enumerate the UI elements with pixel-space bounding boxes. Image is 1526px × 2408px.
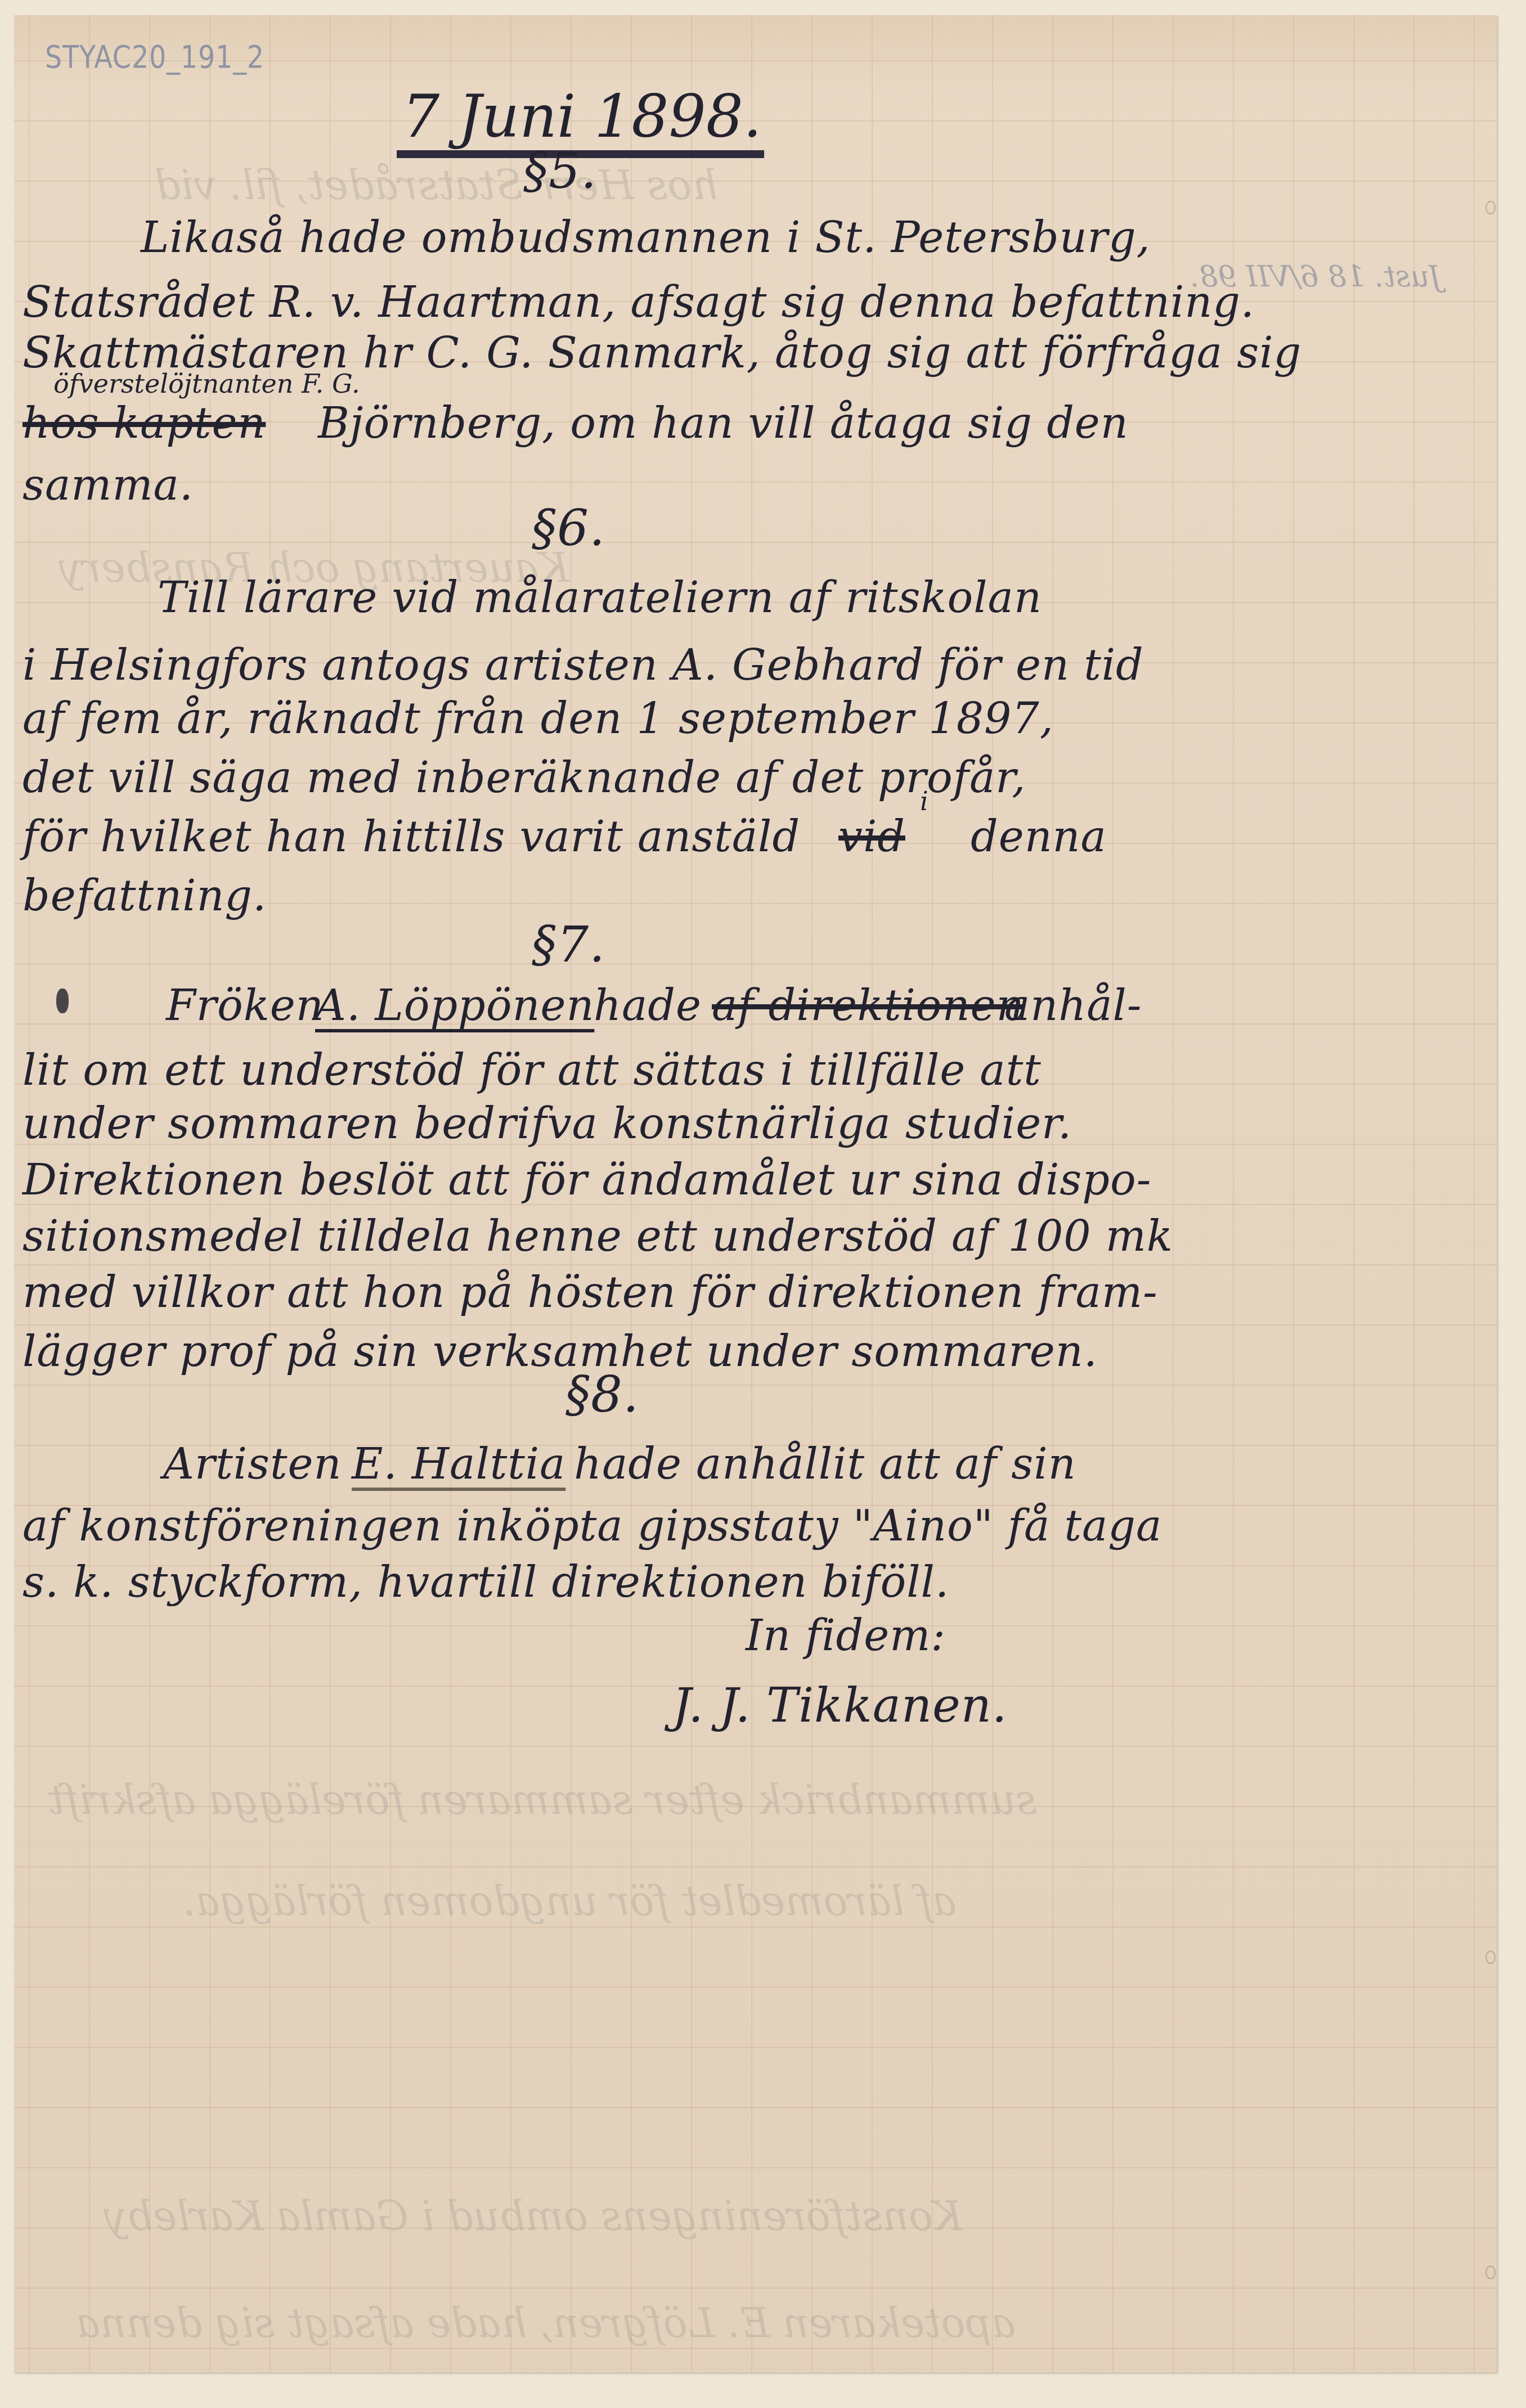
text-line: Direktionen beslöt att för ändamålet ur … bbox=[23, 1154, 1151, 1205]
text-line: Statsrådet R. v. Haartman, afsagt sig de… bbox=[23, 277, 1255, 327]
signature: J. J. Tikkanen. bbox=[672, 1678, 1008, 1733]
text-line: sitionsmedel tilldela henne ett understö… bbox=[23, 1211, 1173, 1261]
text-line: lit om ett understöd för att sättas i ti… bbox=[23, 1045, 1042, 1095]
text-line: under sommaren bedrifva konstnärliga stu… bbox=[23, 1098, 1072, 1148]
section-mark: §8. bbox=[565, 1365, 639, 1423]
text-line: hade anhållit att af sin bbox=[574, 1439, 1076, 1489]
section-mark: §6. bbox=[532, 499, 605, 557]
text-line: af konstföreningen inköpta gipsstaty "Ai… bbox=[23, 1500, 1162, 1551]
text-line: för hvilket han hittills varit anstäld bbox=[23, 811, 800, 861]
bleed-through-text: apotekaren E. Löfgren, hade afsagt sig d… bbox=[76, 2299, 1016, 2347]
text-line: lägger prof på sin verksamhet under somm… bbox=[23, 1326, 1098, 1376]
struck-text: af direktionen bbox=[712, 980, 1024, 1030]
text-line: Likaså hade ombudsmannen i St. Petersbur… bbox=[141, 212, 1151, 262]
inserted-text: öfverstelöjtnanten F. G. bbox=[53, 369, 360, 399]
text-line: anhål- bbox=[1004, 980, 1142, 1030]
text-line: med villkor att hon på hösten för direkt… bbox=[23, 1267, 1158, 1317]
punch-hole bbox=[1485, 2266, 1496, 2279]
punch-hole bbox=[1485, 1951, 1496, 1964]
closing-formula: In fidem: bbox=[746, 1610, 946, 1660]
text-line: det vill säga med inberäknande af det pr… bbox=[23, 752, 1026, 802]
underlined-name: E. Halttia bbox=[352, 1439, 565, 1489]
section-mark: §5. bbox=[523, 142, 597, 200]
text-line: denna bbox=[971, 811, 1107, 861]
bleed-through-text: hos Herr Statsrådet, fil. vid bbox=[155, 161, 718, 209]
punch-hole bbox=[1485, 201, 1496, 214]
text-line: Artisten bbox=[163, 1439, 342, 1489]
bleed-through-text: af läromedlet för ungdomen förlägga. bbox=[183, 1877, 957, 1925]
archive-id-pencil: STYAC20_191_2 bbox=[45, 39, 264, 75]
text-line: af fem år, räknadt från den 1 september … bbox=[23, 693, 1054, 743]
bleed-through-text: Konstföreningens ombud i Gamla Karleby bbox=[104, 2193, 962, 2240]
manuscript-page: STYAC20_191_2 hos Herr Statsrådet, fil. … bbox=[14, 15, 1497, 2373]
text-line: hade bbox=[594, 980, 702, 1030]
text-line: Fröken bbox=[166, 980, 324, 1030]
text-line: Björnberg, om han vill åtaga sig den bbox=[318, 398, 1129, 448]
underlined-name: A. Löppönen bbox=[315, 980, 594, 1030]
bleed-through-text: summanbrick efter sammaren förelägga afs… bbox=[48, 1776, 1036, 1823]
text-line: s. k. styckform, hvartill direktionen bi… bbox=[23, 1557, 949, 1607]
section-mark: §7. bbox=[532, 915, 605, 973]
struck-text: hos kapten bbox=[23, 398, 266, 448]
text-line: Till lärare vid målarateliern af ritskol… bbox=[158, 572, 1042, 622]
ink-blot bbox=[56, 989, 69, 1013]
text-line: befattning. bbox=[23, 870, 267, 920]
text-line: i Helsingfors antogs artisten A. Gebhard… bbox=[23, 640, 1144, 690]
inserted-text: i bbox=[920, 786, 928, 816]
text-line: samma. bbox=[23, 460, 194, 510]
struck-text: vid bbox=[838, 811, 905, 861]
